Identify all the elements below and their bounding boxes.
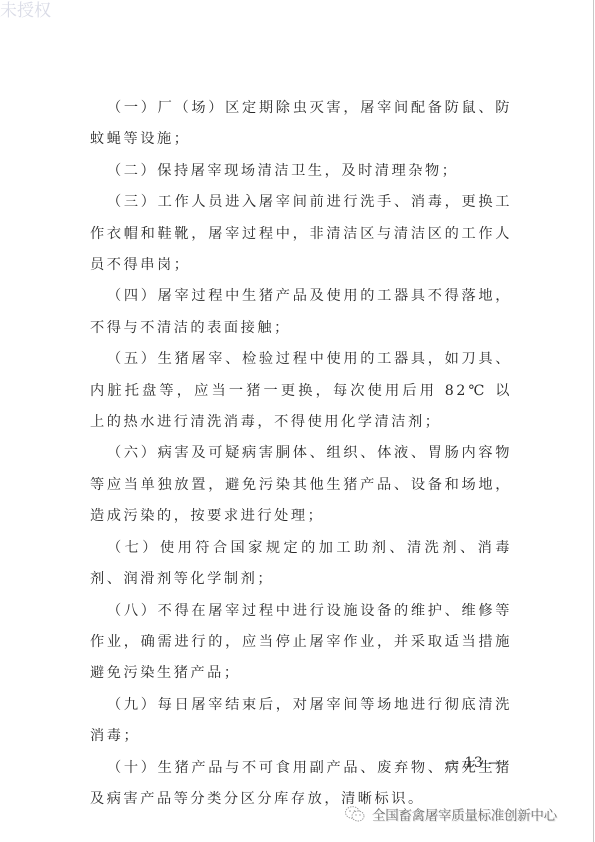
paragraph-item-9: （九）每日屠宰结束后，对屠宰间等场地进行彻底清洗消毒； xyxy=(90,690,512,753)
paragraph-item-2: （二）保持屠宰现场清洁卫生，及时清理杂物； xyxy=(90,156,512,187)
document-body: （一）厂（场）区定期除虫灭害，屠宰间配备防鼠、防蚊蝇等设施； （二）保持屠宰现场… xyxy=(90,93,512,815)
wechat-icon xyxy=(344,805,366,823)
source-watermark: 全国畜禽屠宰质量标准创新中心 xyxy=(344,804,557,824)
paragraph-item-1: （一）厂（场）区定期除虫灭害，屠宰间配备防鼠、防蚊蝇等设施； xyxy=(90,93,512,156)
watermark-unauthorized: 未授权 xyxy=(0,0,51,22)
paragraph-item-8: （八）不得在屠宰过程中进行设施设备的维护、维修等作业，确需进行的，应当停止屠宰作… xyxy=(90,596,512,690)
paragraph-item-3: （三）工作人员进入屠宰间前进行洗手、消毒，更换工作衣帽和鞋靴，屠宰过程中，非清洁… xyxy=(90,187,512,281)
page-number: — 13 — xyxy=(445,753,503,773)
source-name: 全国畜禽屠宰质量标准创新中心 xyxy=(372,804,557,824)
paragraph-item-4: （四）屠宰过程中生猪产品及使用的工器具不得落地，不得与不清洁的表面接触； xyxy=(90,281,512,344)
page-edge-border xyxy=(593,0,594,842)
paragraph-item-5: （五）生猪屠宰、检验过程中使用的工器具，如刀具、内脏托盘等，应当一猪一更换，每次… xyxy=(90,344,512,438)
paragraph-item-6: （六）病害及可疑病害胴体、组织、体液、胃肠内容物等应当单独放置，避免污染其他生猪… xyxy=(90,438,512,532)
paragraph-item-7: （七）使用符合国家规定的加工助剂、清洗剂、消毒剂、润滑剂等化学制剂； xyxy=(90,533,512,596)
